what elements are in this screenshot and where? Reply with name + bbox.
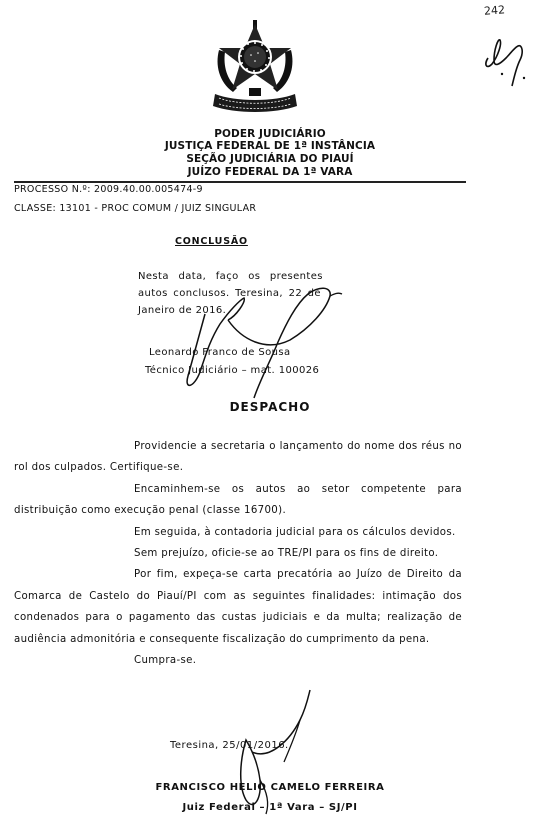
header-line-justica-federal: JUSTIÇA FEDERAL DE 1ª INSTÂNCIA xyxy=(0,140,540,152)
despacho-paragraph: Em seguida, à contadoria judicial para o… xyxy=(14,522,462,543)
despacho-paragraph: Cumpra-se. xyxy=(14,650,462,671)
classe-label: CLASSE: 13101 - PROC COMUM / JUIZ SINGUL… xyxy=(14,203,256,214)
judge-signature-icon xyxy=(200,690,320,820)
despacho-paragraph: Por fim, expeça-se carta precatória ao J… xyxy=(14,564,462,650)
header-line-secao-judiciaria: SEÇÃO JUDICIÁRIA DO PIAUÍ xyxy=(0,153,540,165)
despacho-title: DESPACHO xyxy=(0,400,540,414)
conclusao-title: CONCLUSÃO xyxy=(175,236,248,247)
coat-of-arms-icon xyxy=(205,10,305,118)
processo-number: PROCESSO N.º: 2009.40.00.005474-9 xyxy=(14,184,203,195)
despacho-paragraph: Providencie a secretaria o lançamento do… xyxy=(14,436,462,479)
header-line-poder-judiciario: PODER JUDICIÁRIO xyxy=(0,128,540,140)
header-line-juizo-federal: JUÍZO FEDERAL DA 1ª VARA xyxy=(0,166,540,178)
despacho-paragraph: Encaminhem-se os autos ao setor competen… xyxy=(14,479,462,522)
despacho-body: Providencie a secretaria o lançamento do… xyxy=(14,436,462,671)
despacho-paragraph: Sem prejuízo, oficie-se ao TRE/PI para o… xyxy=(14,543,462,564)
initials-mark-icon xyxy=(480,30,540,90)
clerk-signature-icon xyxy=(180,280,350,400)
header-divider xyxy=(14,181,466,183)
page-folio-number: 242 xyxy=(484,3,506,17)
